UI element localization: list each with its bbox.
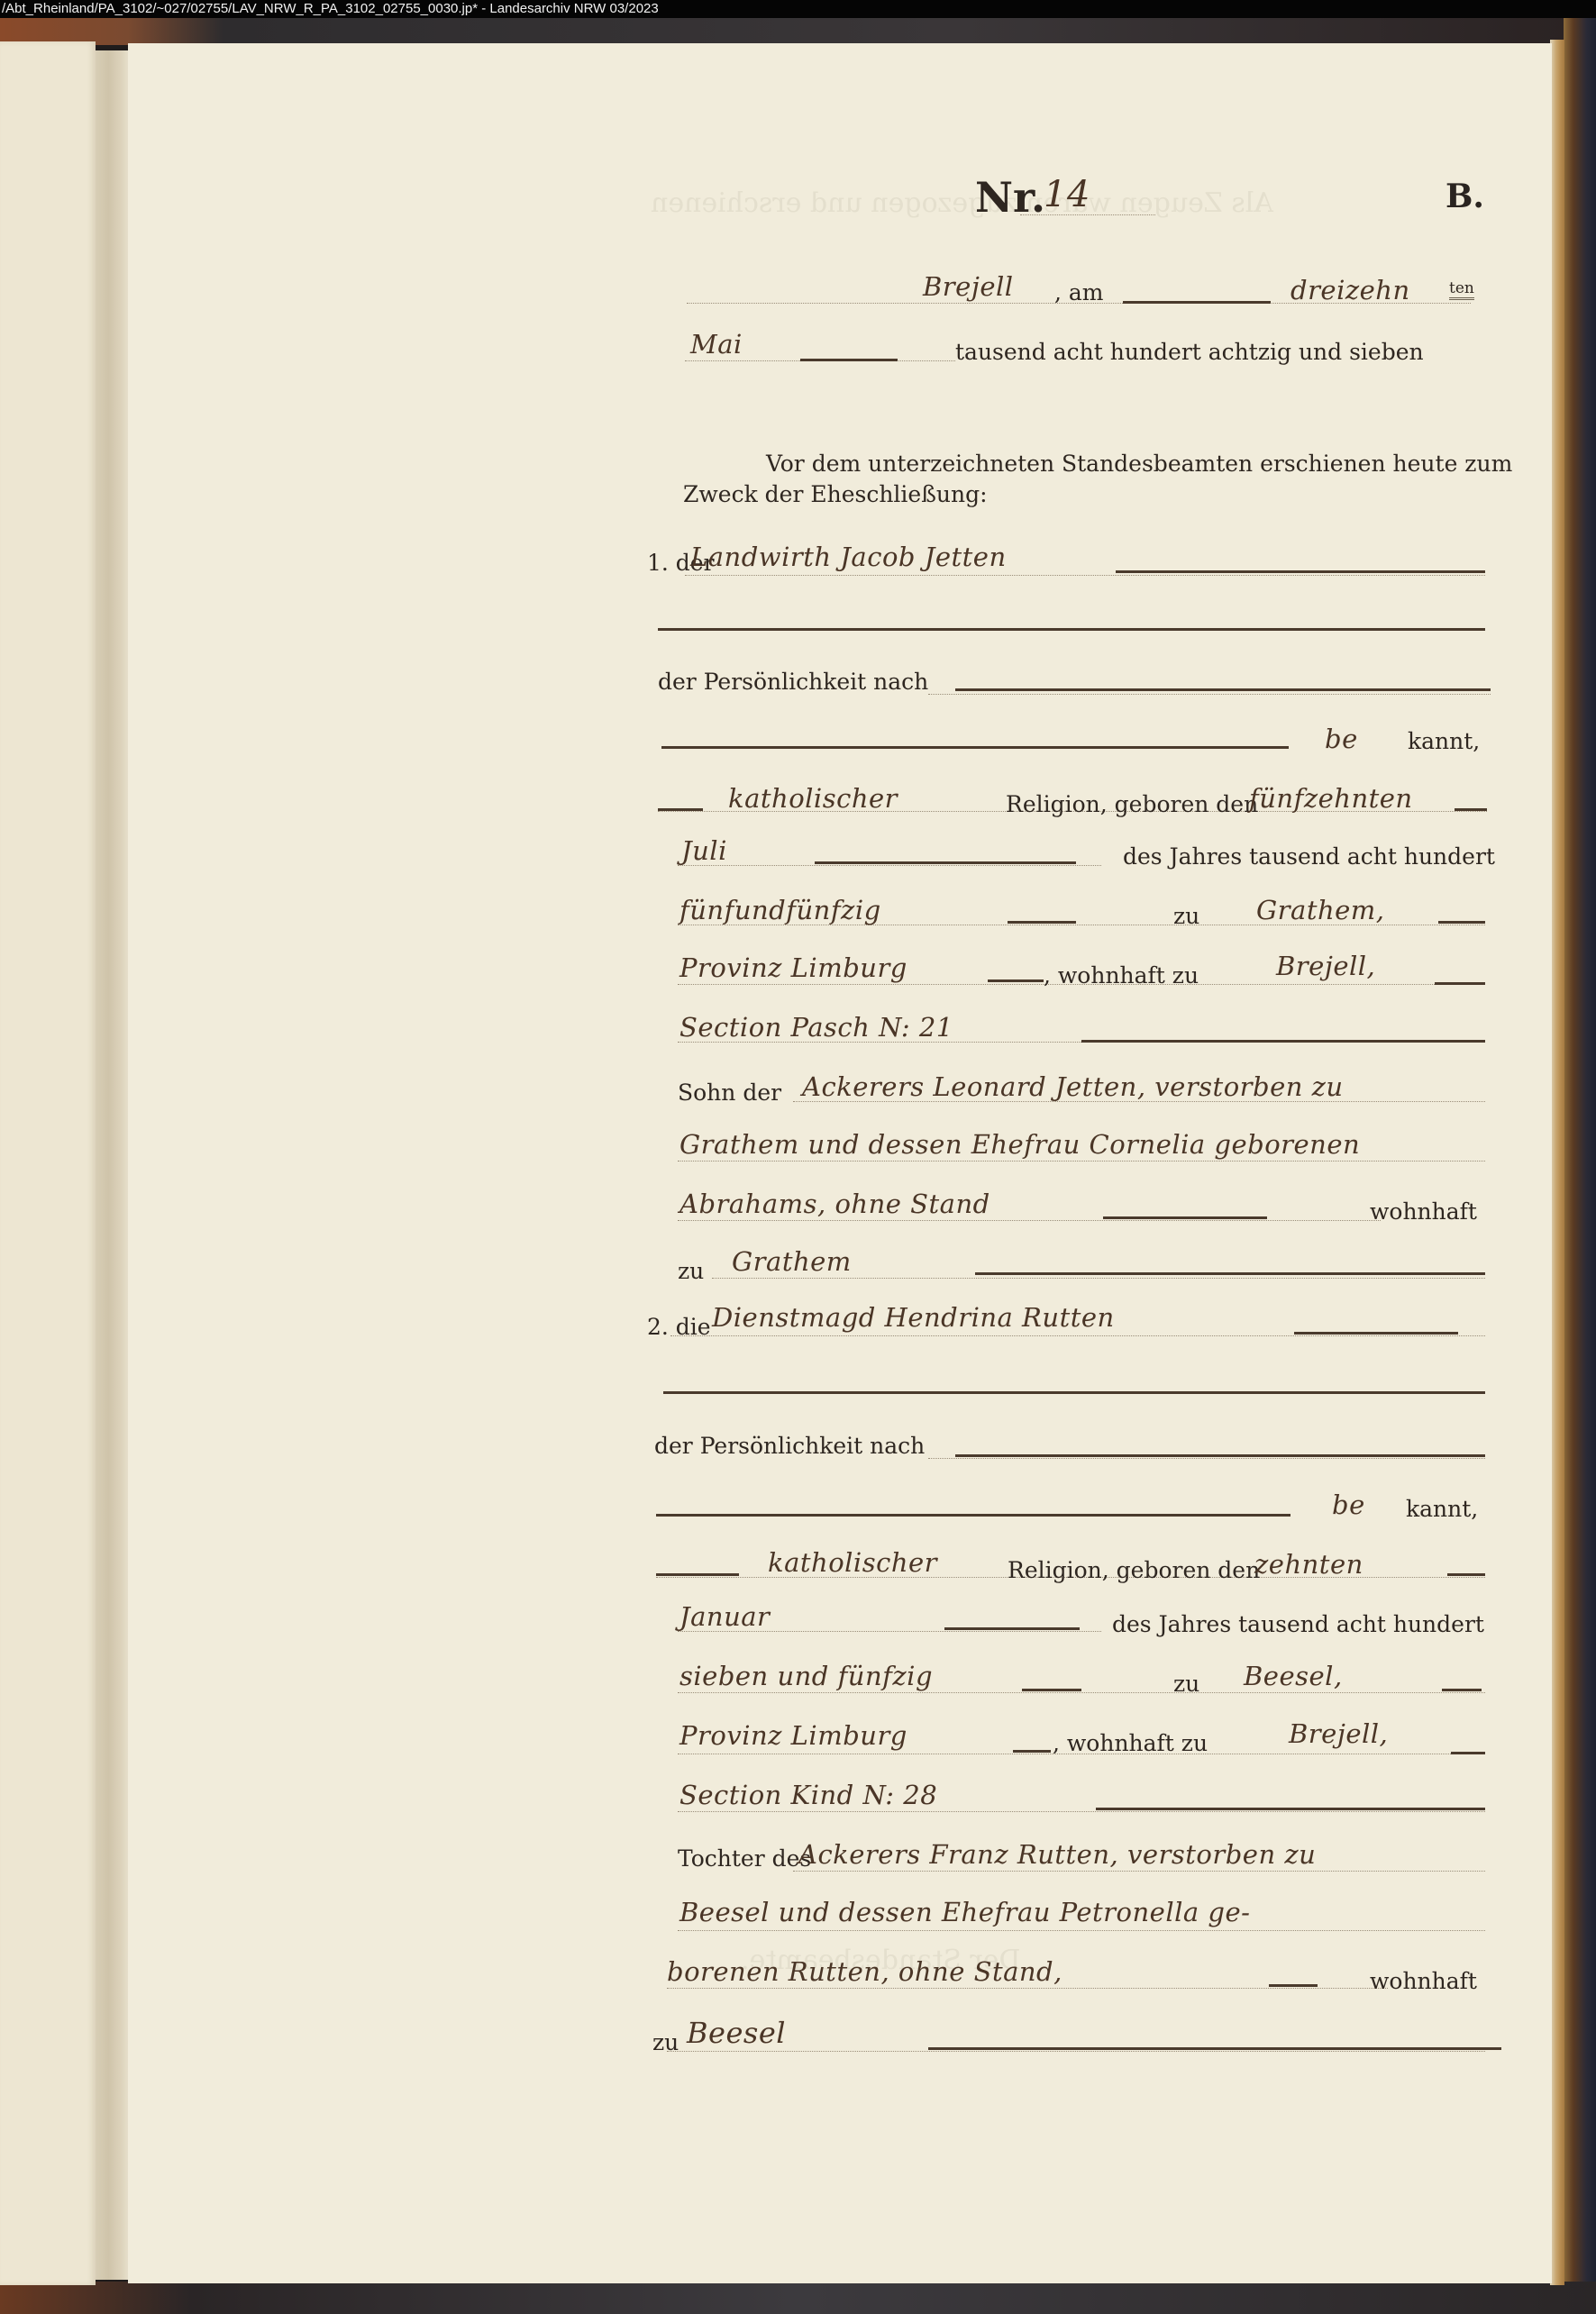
bride-parents-fill — [1269, 1984, 1318, 1987]
groom-parents-fill — [1103, 1216, 1267, 1219]
bride-religion-label: Religion, geboren den — [1008, 1559, 1260, 1581]
groom-known-fill — [661, 746, 1289, 749]
bride-parents-line-2: Beesel und dessen Ehefrau Petronella ge- — [679, 1899, 1250, 1926]
groom-place-fill — [1438, 921, 1485, 924]
bride-name-line — [670, 1335, 1485, 1336]
groom-province: Provinz Limburg — [679, 955, 907, 981]
bride-name: Dienstmagd Hendrina Rutten — [712, 1305, 1115, 1331]
bride-birth-year: sieben und fünfzig — [679, 1663, 933, 1690]
groom-year-label: des Jahres tausend acht hundert — [1123, 845, 1495, 868]
record-number-label: Nr. — [975, 177, 1045, 218]
groom-parents-res-dotline — [712, 1278, 1485, 1279]
intro-line-2: Zweck der Eheschließung: — [683, 483, 988, 506]
groom-parents-label: Sohn der — [678, 1081, 781, 1104]
groom-parents-dotline-2 — [678, 1161, 1485, 1162]
bride-residence-label: , wohnhaft zu — [1053, 1732, 1208, 1754]
bride-parents-dotline-1 — [793, 1871, 1485, 1872]
bride-parents-label: Tochter des — [678, 1847, 811, 1870]
bride-address-dotline — [678, 1811, 1485, 1812]
groom-wohnhaft-label: wohnhaft — [1370, 1200, 1477, 1223]
groom-birth-month: Juli — [681, 838, 727, 864]
bride-identity-suffix: kannt, — [1406, 1498, 1478, 1520]
bride-birth-day: zehnten — [1254, 1552, 1363, 1578]
bride-year-label: des Jahres tausend acht hundert — [1112, 1613, 1484, 1635]
ten-suffix: ten — [1449, 281, 1474, 300]
bride-address-fill — [1096, 1808, 1485, 1810]
bride-identity-dotline — [928, 1458, 1485, 1459]
bride-month-fill — [944, 1627, 1080, 1630]
am-label: , am — [1054, 281, 1104, 304]
place-of-record: Brejell — [923, 274, 1014, 300]
groom-parents-dotline-3 — [678, 1220, 1381, 1221]
bride-religion-lead — [656, 1573, 739, 1576]
bride-parents-line-3: borenen Rutten, ohne Stand, — [667, 1959, 1062, 1985]
bride-parents-residence: Beesel — [687, 2018, 786, 2047]
bride-year-dotline — [678, 1692, 1485, 1693]
groom-parents-res-fill — [975, 1272, 1485, 1275]
groom-name-fill — [1116, 570, 1485, 573]
groom-identity-prefix: be — [1325, 726, 1358, 752]
groom-residence: Brejell, — [1276, 953, 1375, 979]
groom-religion-label: Religion, geboren den — [1006, 793, 1258, 815]
groom-month-dotline — [678, 865, 1101, 866]
record-number-value: 14 — [1044, 177, 1090, 213]
groom-address: Section Pasch N: 21 — [679, 1015, 953, 1041]
bride-address: Section Kind N: 28 — [679, 1782, 937, 1808]
groom-name-line — [685, 575, 1485, 576]
groom-religion: katholischer — [728, 786, 898, 812]
record-day: dreizehn — [1290, 278, 1410, 304]
groom-blank-line — [658, 628, 1485, 631]
groom-residence-label: , wohnhaft zu — [1044, 964, 1199, 987]
bride-residence: Brejell, — [1289, 1721, 1388, 1747]
month-fill-line — [800, 359, 898, 361]
groom-parents-line-3: Abrahams, ohne Stand — [679, 1191, 990, 1217]
bride-known-fill — [656, 1514, 1290, 1517]
bride-birth-day-fill — [1447, 1573, 1485, 1576]
groom-identity-label: der Persönlichkeit nach — [658, 670, 928, 693]
groom-birth-day-fill — [1455, 808, 1487, 811]
record-number-line — [1020, 214, 1155, 215]
groom-parents-residence: Grathem — [732, 1249, 852, 1275]
groom-month-fill — [815, 861, 1076, 864]
bride-name-fill — [1294, 1332, 1458, 1335]
bride-parents-dotline-2 — [678, 1930, 1485, 1931]
bride-parents-res-fill — [928, 2047, 1501, 2050]
bride-zu-label: zu — [1173, 1672, 1199, 1695]
bride-birth-place: Beesel, — [1244, 1663, 1343, 1690]
bride-wohnhaft-label: wohnhaft — [1370, 1970, 1477, 1992]
bride-residence-fill — [1451, 1752, 1485, 1754]
series-label: B. — [1446, 180, 1484, 213]
record-month: Mai — [690, 332, 743, 358]
date-fill-line — [1123, 301, 1271, 304]
intro-line-1: Vor dem unterzeichneten Standesbeamten e… — [766, 452, 1512, 475]
bride-year-fill — [1022, 1689, 1081, 1691]
bride-identity-prefix: be — [1332, 1492, 1365, 1518]
bride-parents-dotline-3 — [667, 1988, 1388, 1989]
groom-identity-dotline — [928, 694, 1491, 695]
bride-province: Provinz Limburg — [679, 1723, 907, 1749]
bride-identity-label: der Persönlichkeit nach — [654, 1435, 925, 1457]
groom-parents-line-1: Ackerers Leonard Jetten, verstorben zu — [802, 1074, 1344, 1100]
bride-birth-month: Januar — [679, 1604, 770, 1630]
groom-parents-line-2: Grathem und dessen Ehefrau Cornelia gebo… — [679, 1132, 1360, 1158]
groom-address-fill — [1081, 1040, 1485, 1043]
groom-birth-day: fünfzehnten — [1249, 786, 1413, 812]
bride-religion: katholischer — [768, 1550, 937, 1576]
groom-province-fill — [988, 979, 1044, 982]
bride-identity-fill — [955, 1454, 1485, 1457]
groom-year-fill — [1008, 921, 1076, 924]
bride-province-fill — [1013, 1750, 1051, 1753]
bride-blank-line — [663, 1391, 1485, 1394]
groom-zu-label: zu — [1173, 905, 1199, 927]
record-year-text: tausend acht hundert achtzig und sieben — [955, 341, 1424, 363]
groom-birth-place: Grathem, — [1256, 897, 1385, 924]
groom-identity-fill — [955, 688, 1491, 691]
groom-identity-suffix: kannt, — [1408, 730, 1480, 752]
bride-place-fill — [1442, 1689, 1482, 1691]
marriage-record-form: Nr. 14 B. Brejell , am dreizehn ten Mai … — [0, 0, 1596, 2314]
groom-birth-year: fünfundfünfzig — [679, 897, 881, 924]
groom-name: Landwirth Jacob Jetten — [690, 544, 1007, 570]
bride-parents-line-1: Ackerers Franz Rutten, verstorben zu — [798, 1842, 1316, 1868]
groom-zu-label-2: zu — [678, 1260, 704, 1282]
groom-residence-fill — [1435, 982, 1485, 985]
bride-parents-res-dotline — [667, 2051, 1485, 2052]
